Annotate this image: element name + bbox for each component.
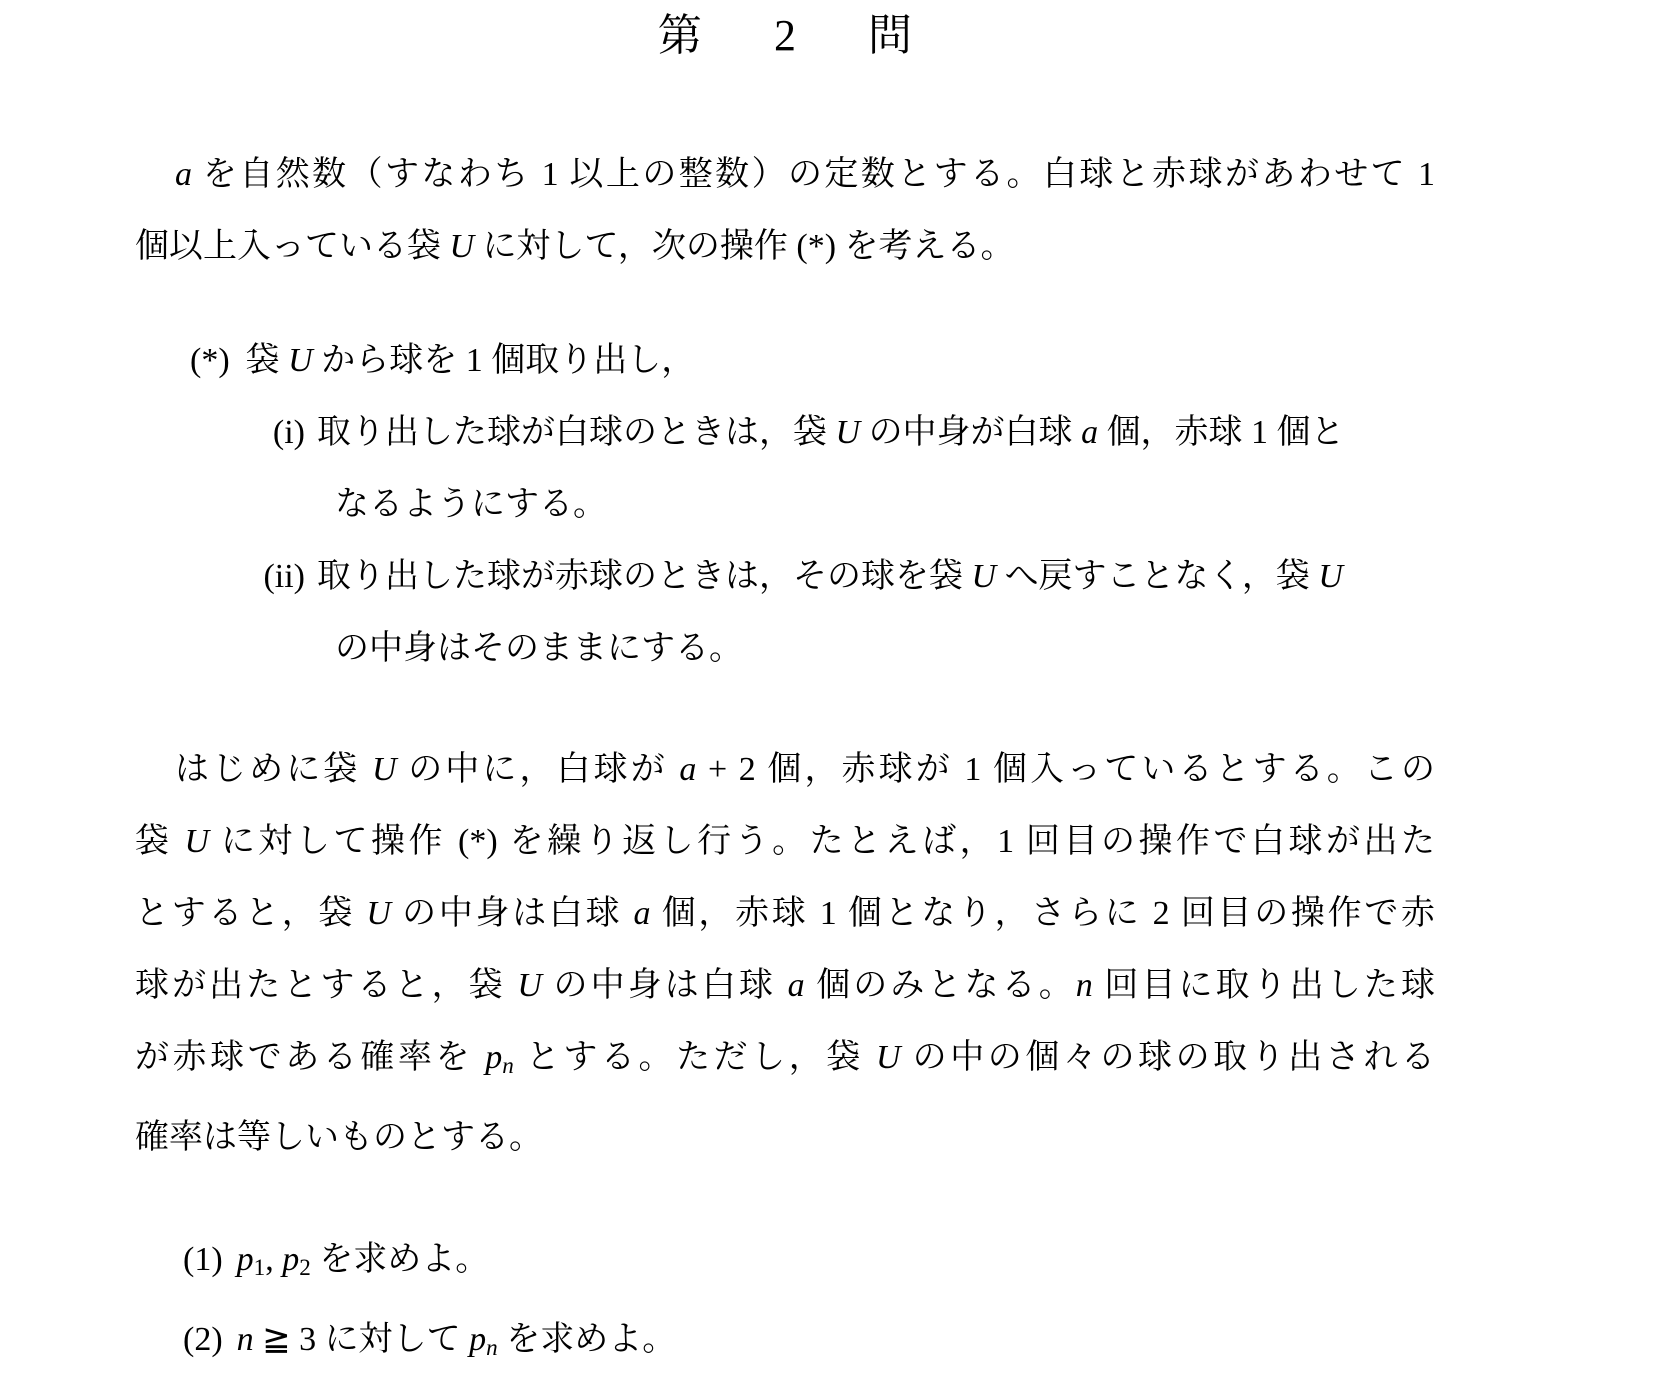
text-segment: n ≧ 3 に対して pn を求めよ。	[237, 1321, 677, 1358]
question-1-label: (1)	[183, 1224, 223, 1296]
text-line: が赤球である確率を pn とする。ただし，袋 U の中の個々の球の取り出される	[135, 1022, 1435, 1102]
text-run: 取り出した球が赤球のときは，その球を袋	[317, 558, 972, 595]
text-run: を自然数（すなわち 1 以上の整数）の定数とする。白球と赤球があわせて 1	[192, 156, 1435, 193]
text-line: の中身はそのままにする。	[135, 613, 1435, 685]
text-run: a	[634, 895, 651, 932]
text-line: はじめに袋 U の中に，白球が a + 2 個，赤球が 1 個入っているとする。…	[135, 734, 1435, 806]
text-run: とする。ただし，袋	[514, 1039, 876, 1076]
text-run: p	[469, 1321, 486, 1358]
text-run: が赤球である確率を	[135, 1039, 485, 1076]
text-run: 個のみとなる。	[805, 967, 1076, 1004]
text-run: U	[876, 1039, 901, 1076]
text-run: U	[517, 967, 542, 1004]
text-run: の中身は白球	[542, 967, 788, 1004]
text-run: の中身はそのままにする。	[335, 630, 743, 667]
text-run: a	[679, 751, 696, 788]
text-line: 個以上入っている袋 U に対して，次の操作 (*) を考える。	[135, 211, 1435, 283]
text-run: U	[288, 342, 313, 379]
intro-paragraph: a を自然数（すなわち 1 以上の整数）の定数とする。白球と赤球があわせて 1 …	[135, 139, 1435, 283]
text-run: a	[175, 156, 192, 193]
document-page: 第 2 問 a を自然数（すなわち 1 以上の整数）の定数とする。白球と赤球があ…	[0, 0, 1658, 1397]
text-run: を求めよ。	[498, 1321, 677, 1358]
text-segment: 取り出した球が白球のときは，袋 U の中身が白球 a 個，赤球 1 個と	[317, 414, 1345, 451]
text-run: の中身は白球	[391, 895, 634, 932]
item-label-ii: (ii)	[255, 541, 305, 613]
text-run: n	[1076, 967, 1093, 1004]
text-run: ,	[265, 1241, 282, 1278]
text-run: 袋	[135, 823, 185, 860]
text-run: 1	[254, 1255, 266, 1281]
item-label-star: (*)	[190, 325, 230, 397]
text-run: a	[788, 967, 805, 1004]
text-run: U	[372, 751, 397, 788]
text-line: (i)取り出した球が白球のときは，袋 U の中身が白球 a 個，赤球 1 個と	[135, 397, 1435, 469]
text-run: U	[1318, 558, 1343, 595]
text-run: n	[237, 1321, 254, 1358]
text-line: なるようにする。	[135, 469, 1435, 541]
text-run: へ戻すことなく，袋	[996, 558, 1318, 595]
text-run: a	[1081, 414, 1098, 451]
text-run: 回目に取り出した球	[1093, 967, 1435, 1004]
text-run: ≧ 3 に対して	[254, 1321, 470, 1358]
text-line: 袋 U に対して操作 (*) を繰り返し行う。たとえば，1 回目の操作で白球が出…	[135, 806, 1435, 878]
text-run: 確率は等しいものとする。	[135, 1119, 543, 1156]
text-run: とすると，袋	[135, 895, 366, 932]
operation-item-ii: (ii)取り出した球が赤球のときは，その球を袋 U へ戻すことなく，袋 U の中…	[135, 541, 1435, 685]
text-run: + 2 個，赤球が 1 個入っているとする。この	[696, 751, 1435, 788]
text-run: を求めよ。	[311, 1241, 490, 1278]
text-run: p	[237, 1241, 254, 1278]
text-run: 個，赤球 1 個となり，さらに 2 回目の操作で赤	[651, 895, 1436, 932]
text-run: U	[366, 895, 391, 932]
text-run: 個以上入っている袋	[135, 228, 450, 265]
text-line: 球が出たとすると，袋 U の中身は白球 a 個のみとなる。n 回目に取り出した球	[135, 950, 1435, 1022]
text-run: n	[502, 1053, 514, 1079]
text-run: 取り出した球が白球のときは，袋	[317, 414, 836, 451]
operation-star-item: (*)袋 U から球を 1 個取り出し，	[135, 325, 1435, 397]
text-run: p	[485, 1039, 502, 1076]
question-2: (2)n ≧ 3 に対して pn を求めよ。	[135, 1304, 1435, 1384]
text-run: 2	[299, 1255, 311, 1281]
text-run: に対して，次の操作 (*) を考える。	[474, 228, 1014, 265]
text-run: U	[185, 823, 210, 860]
text-run: の中の個々の球の取り出される	[901, 1039, 1435, 1076]
text-run: なるようにする。	[335, 486, 607, 523]
text-line: 確率は等しいものとする。	[135, 1102, 1435, 1174]
text-line: とすると，袋 U の中身は白球 a 個，赤球 1 個となり，さらに 2 回目の操…	[135, 878, 1435, 950]
text-run: から球を 1 個取り出し，	[313, 342, 696, 379]
text-run: n	[486, 1335, 498, 1361]
text-run: 球が出たとすると，袋	[135, 967, 517, 1004]
text-run: はじめに袋	[175, 751, 372, 788]
operation-item-i: (i)取り出した球が白球のときは，袋 U の中身が白球 a 個，赤球 1 個と …	[135, 397, 1435, 541]
text-run: の中身が白球	[860, 414, 1081, 451]
text-run: U	[450, 228, 475, 265]
text-run: U	[836, 414, 861, 451]
text-line: (ii)取り出した球が赤球のときは，その球を袋 U へ戻すことなく，袋 U	[135, 541, 1435, 613]
item-label-i: (i)	[255, 397, 305, 469]
text-line: 袋 U から球を 1 個取り出し，	[246, 342, 696, 379]
main-paragraph: はじめに袋 U の中に，白球が a + 2 個，赤球が 1 個入っているとする。…	[135, 734, 1435, 1174]
text-line: a を自然数（すなわち 1 以上の整数）の定数とする。白球と赤球があわせて 1	[135, 139, 1435, 211]
problem-title: 第 2 問	[135, 6, 1435, 66]
question-1: (1)p1, p2 を求めよ。	[135, 1224, 1435, 1304]
text-segment: 取り出した球が赤球のときは，その球を袋 U へ戻すことなく，袋 U	[317, 558, 1343, 595]
text-run: p	[282, 1241, 299, 1278]
text-segment: p1, p2 を求めよ。	[237, 1241, 490, 1278]
text-run: の中に，白球が	[397, 751, 680, 788]
text-run: 袋	[246, 342, 289, 379]
text-run: に対して操作 (*) を繰り返し行う。たとえば，1 回目の操作で白球が出た	[209, 823, 1435, 860]
text-run: U	[972, 558, 997, 595]
text-run: 個，赤球 1 個と	[1098, 414, 1345, 451]
question-2-label: (2)	[183, 1304, 223, 1376]
